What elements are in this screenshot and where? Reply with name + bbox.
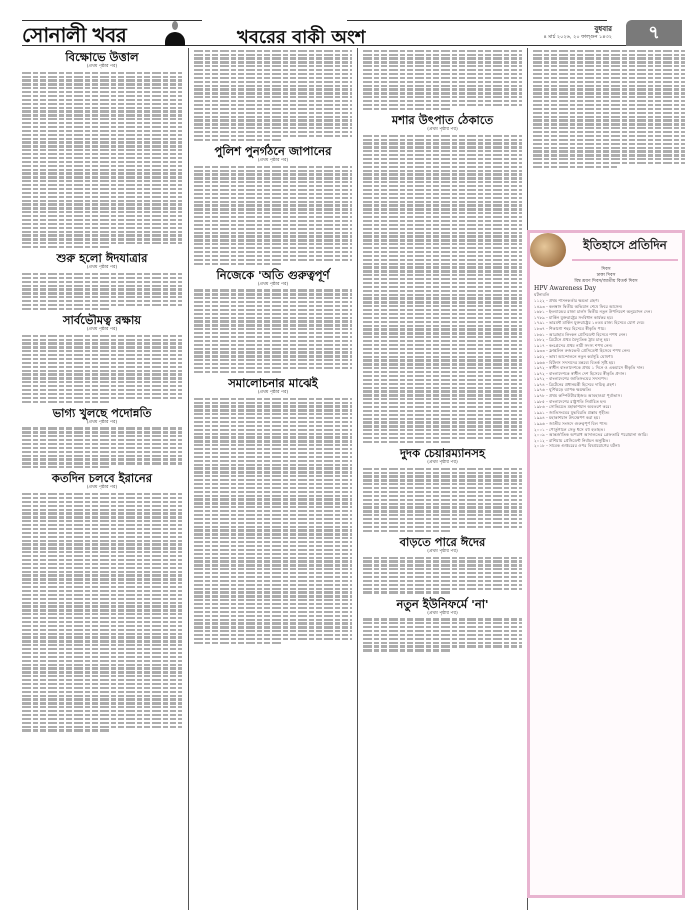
text-line: [22, 594, 182, 596]
text-line: [363, 437, 522, 439]
text-line: [194, 197, 352, 199]
text-line: [22, 227, 182, 229]
text-line: [194, 263, 281, 265]
text-line: [194, 96, 352, 98]
text-line: [194, 619, 352, 621]
text-line: [22, 722, 182, 724]
text-line: [194, 615, 352, 617]
text-line: [533, 135, 685, 137]
text-line: [194, 81, 352, 83]
text-line: [363, 85, 522, 87]
text-line: [363, 177, 522, 179]
text-line: [363, 321, 522, 323]
text-line: [22, 706, 182, 708]
text-line: [22, 602, 182, 604]
text-line: [194, 181, 352, 183]
text-line: [363, 344, 522, 346]
text-line: [533, 104, 685, 106]
text-line: [363, 154, 522, 156]
text-line: [194, 170, 352, 172]
text-line: [194, 622, 352, 624]
text-line: [194, 541, 352, 543]
text-line: [194, 61, 352, 63]
text-line: [194, 309, 352, 311]
text-line: [194, 204, 352, 206]
text-line: [363, 259, 522, 261]
text-line: [363, 352, 522, 354]
text-line: [22, 242, 182, 244]
story-headline[interactable]: নিজেকে 'অতি গুরুত্বপূর্ণ: [194, 268, 352, 282]
text-line: [22, 207, 182, 209]
column-3: মশার উৎপাত ঠেকাতে(প্রথম পৃষ্ঠার পর)দুদক …: [357, 48, 522, 910]
text-line: [22, 180, 182, 182]
text-line: [363, 506, 522, 508]
text-line: [363, 328, 522, 330]
text-line: [194, 402, 352, 404]
text-line: [194, 580, 352, 582]
text-line: [22, 621, 182, 623]
text-line: [363, 518, 522, 520]
text-line: [22, 640, 182, 642]
text-line: [363, 50, 522, 52]
text-line: [194, 355, 352, 357]
text-line: [22, 397, 182, 399]
text-line: [22, 718, 182, 720]
text-line: [22, 246, 110, 248]
text-line: [22, 370, 182, 372]
text-line: [194, 139, 281, 141]
text-line: [363, 216, 522, 218]
text-line: [22, 215, 182, 217]
text-line: [194, 642, 281, 644]
history-events: ১১২২ - প্রথম শাসনকর্তার ক্ষমতা গ্রহণ।১৪৯…: [534, 298, 678, 449]
text-line: [533, 158, 685, 160]
text-line: [22, 91, 182, 93]
text-line: [363, 499, 522, 501]
continued-from: (প্রথম পৃষ্ঠার পর): [22, 327, 182, 333]
text-line: [363, 313, 522, 315]
text-line: [194, 398, 352, 400]
text-line: [363, 336, 522, 338]
text-line: [194, 289, 352, 291]
text-line: [194, 100, 352, 102]
text-line: [22, 292, 182, 294]
text-line: [22, 458, 182, 460]
text-line: [22, 598, 182, 600]
text-line: [22, 350, 182, 352]
text-line: [363, 92, 522, 94]
text-line: [363, 232, 522, 234]
continued-from: (প্রথম পৃষ্ঠার পর): [363, 127, 522, 133]
text-line: [194, 429, 352, 431]
text-line: [194, 584, 352, 586]
text-line: [194, 324, 352, 326]
text-line: [22, 122, 182, 124]
text-line: [194, 351, 352, 353]
text-line: [194, 123, 352, 125]
text-line: [194, 638, 352, 640]
story-headline[interactable]: সার্বভৌমত্ব রক্ষায়: [22, 313, 182, 327]
text-line: [363, 375, 522, 377]
text-line: [194, 228, 352, 230]
text-line: [363, 468, 522, 470]
text-line: [533, 65, 685, 67]
text-line: [194, 85, 352, 87]
story-headline[interactable]: বাড়তে পারে ঈদের: [363, 535, 522, 549]
text-line: [22, 184, 182, 186]
text-line: [194, 560, 352, 562]
text-line: [533, 57, 685, 59]
text-line: [194, 557, 352, 559]
text-line: [22, 625, 182, 627]
text-line: [22, 188, 182, 190]
text-line: [22, 389, 182, 391]
text-line: [22, 401, 110, 403]
text-line: [363, 251, 522, 253]
text-line: [22, 203, 182, 205]
text-line: [22, 512, 182, 514]
text-line: [194, 189, 352, 191]
text-line: [22, 234, 182, 236]
text-line: [194, 591, 352, 593]
text-line: [194, 483, 352, 485]
text-line: [194, 448, 352, 450]
text-line: [363, 526, 522, 528]
text-line: [363, 158, 522, 160]
column-2: পুলিশ পুনর্গঠনে জাপানের(প্রথম পৃষ্ঠার পর…: [188, 48, 352, 910]
text-line: [363, 387, 522, 389]
text-line: [194, 166, 352, 168]
text-line: [363, 383, 522, 385]
text-line: [22, 211, 182, 213]
text-line: [363, 247, 522, 249]
story-body: [533, 50, 685, 168]
continued-from: (প্রথম পৃষ্ঠার পর): [363, 611, 522, 617]
text-line: [22, 366, 182, 368]
text-line: [194, 116, 352, 118]
text-line: [194, 425, 352, 427]
text-line: [363, 181, 522, 183]
text-line: [22, 288, 182, 290]
text-line: [363, 224, 522, 226]
story-headline[interactable]: পুলিশ পুনর্গঠনে জাপানের: [194, 144, 352, 158]
text-line: [22, 563, 182, 565]
text-line: [363, 406, 522, 408]
text-line: [22, 571, 182, 573]
text-line: [22, 169, 182, 171]
news-story: বিক্ষোভে উত্তাল(প্রথম পৃষ্ঠার পর): [22, 50, 182, 248]
text-line: [22, 95, 182, 97]
text-line: [194, 464, 352, 466]
text-line: [194, 112, 352, 114]
text-line: [533, 123, 685, 125]
story-body: [194, 398, 352, 644]
text-line: [363, 57, 522, 59]
story-headline[interactable]: শুরু হলো ঈদযাত্রার: [22, 251, 182, 265]
story-body: [363, 135, 522, 443]
text-line: [533, 127, 685, 129]
text-line: [22, 466, 110, 468]
text-line: [194, 201, 352, 203]
text-line: [22, 586, 182, 588]
text-line: [363, 414, 522, 416]
text-line: [363, 503, 522, 505]
text-line: [22, 656, 182, 658]
text-line: [194, 104, 352, 106]
text-line: [363, 54, 522, 56]
text-line: [22, 455, 182, 457]
text-line: [22, 559, 182, 561]
continued-from: (প্রথম পৃষ্ঠার পর): [363, 460, 522, 466]
text-line: [22, 393, 182, 395]
story-headline[interactable]: বিক্ষোভে উত্তাল: [22, 50, 182, 64]
text-line: [22, 633, 182, 635]
text-line: [363, 332, 522, 334]
text-line: [363, 584, 522, 586]
text-line: [22, 671, 182, 673]
text-line: [363, 286, 522, 288]
history-intro: দিবস ঢাকা দিবস বিশ্ব শ্রবণ দিবস/জাতীয় ব…: [534, 267, 678, 284]
story-body: [363, 557, 522, 594]
masthead: সোনালী খবর খবরের বাকী অংশ বুধবার ৪ মার্চ…: [22, 20, 682, 46]
text-line: [194, 456, 352, 458]
text-line: [363, 135, 522, 137]
text-line: [22, 149, 182, 151]
text-line: [22, 172, 182, 174]
story-body: [22, 72, 182, 249]
text-line: [22, 103, 182, 105]
text-line: [194, 77, 352, 79]
story-body: [22, 493, 182, 732]
text-line: [194, 549, 352, 551]
text-line: [533, 96, 685, 98]
text-line: [363, 263, 522, 265]
text-line: [194, 576, 352, 578]
text-line: [22, 609, 182, 611]
text-line: [363, 645, 522, 647]
text-line: [22, 691, 182, 693]
story-body: [363, 468, 522, 532]
story-headline[interactable]: মশার উৎপাত ঠেকাতে: [363, 113, 522, 127]
text-line: [363, 475, 522, 477]
story-headline[interactable]: নতুন ইউনিফর্মে 'না': [363, 597, 522, 611]
text-line: [22, 83, 182, 85]
text-line: [363, 588, 522, 590]
text-line: [363, 367, 522, 369]
text-line: [363, 356, 522, 358]
text-line: [22, 493, 182, 495]
text-line: [363, 104, 522, 106]
text-line: [363, 572, 522, 574]
text-line: [22, 605, 182, 607]
text-line: [194, 611, 352, 613]
continued-from: (প্রথম পৃষ্ঠার পর): [22, 485, 182, 491]
text-line: [363, 69, 522, 71]
text-line: [194, 599, 352, 601]
news-story: সমালোচনার মাঝেই(প্রথম পৃষ্ঠার পর): [194, 376, 352, 644]
history-event: ২০১৮ - সাবেক গুপ্তচরের ওপর বিষপ্রয়োগের …: [534, 443, 678, 449]
news-story: বাড়তে পারে ঈদের(প্রথম পৃষ্ঠার পর): [363, 535, 522, 594]
text-line: [194, 208, 352, 210]
news-story: [363, 50, 522, 110]
text-line: [194, 50, 352, 52]
text-line: [363, 201, 522, 203]
text-line: [363, 309, 522, 311]
text-line: [194, 564, 352, 566]
text-line: [363, 479, 522, 481]
text-line: [363, 425, 522, 427]
text-line: [194, 471, 352, 473]
continued-from: (প্রথম পৃষ্ঠার পর): [22, 265, 182, 271]
text-line: [22, 462, 182, 464]
text-line: [194, 54, 352, 56]
text-line: [22, 516, 182, 518]
story-headline[interactable]: দুদক চেয়ারম্যানসহ: [363, 446, 522, 460]
text-line: [194, 57, 352, 59]
text-line: [194, 363, 352, 365]
story-headline[interactable]: কতদিন চলবে ইরানের: [22, 471, 182, 485]
text-line: [363, 433, 522, 435]
text-line: [194, 212, 352, 214]
text-line: [194, 119, 352, 121]
text-line: [363, 410, 522, 412]
text-line: [363, 150, 522, 152]
text-line: [363, 294, 522, 296]
hpv-day: HPV Awareness Day: [534, 285, 678, 292]
text-line: [533, 162, 685, 164]
text-line: [22, 165, 182, 167]
text-line: [194, 232, 352, 234]
text-line: [363, 290, 522, 292]
text-line: [363, 139, 522, 141]
text-line: [22, 157, 182, 159]
text-line: [22, 540, 182, 542]
text-line: [194, 588, 352, 590]
text-line: [194, 533, 352, 535]
text-line: [22, 443, 182, 445]
news-story: [533, 50, 685, 168]
text-line: [194, 297, 352, 299]
person-icon: [163, 20, 187, 46]
text-line: [363, 429, 522, 431]
text-line: [533, 77, 685, 79]
text-line: [363, 166, 522, 168]
text-line: [22, 528, 182, 530]
news-story: শুরু হলো ঈদযাত্রার(প্রথম পৃষ্ঠার পর): [22, 251, 182, 310]
text-line: [194, 603, 352, 605]
text-line: [22, 729, 110, 731]
text-line: [363, 340, 522, 342]
text-line: [22, 126, 182, 128]
text-line: [22, 87, 182, 89]
text-line: [533, 131, 685, 133]
text-line: [22, 629, 182, 631]
text-line: [194, 413, 352, 415]
text-line: [363, 100, 522, 102]
text-line: [22, 141, 182, 143]
text-line: [363, 495, 522, 497]
text-line: [22, 648, 182, 650]
text-line: [363, 274, 522, 276]
text-line: [363, 96, 522, 98]
text-line: [194, 88, 352, 90]
text-line: [363, 634, 522, 636]
text-line: [194, 69, 352, 71]
text-line: [22, 76, 182, 78]
text-line: [194, 259, 352, 261]
text-line: [363, 235, 522, 237]
text-line: [533, 116, 685, 118]
issue-date: ৪ মার্চ ২০২৬, ২০ ফাল্গুন ১৪৩২: [544, 34, 612, 42]
text-line: [22, 698, 182, 700]
text-line: [363, 642, 522, 644]
history-box: ইতিহাসে প্রতিদিন দিবস ঢাকা দিবস বিশ্ব শ্…: [527, 230, 685, 898]
page-number: ৭: [626, 20, 682, 46]
text-line: [194, 467, 352, 469]
text-line: [363, 591, 450, 593]
story-headline[interactable]: সমালোচনার মাঝেই: [194, 376, 352, 390]
text-line: [22, 543, 182, 545]
text-line: [363, 228, 522, 230]
text-line: [194, 537, 352, 539]
text-line: [194, 328, 352, 330]
text-line: [194, 220, 352, 222]
text-line: [22, 702, 182, 704]
text-line: [22, 714, 182, 716]
books-image: [530, 233, 566, 267]
text-line: [194, 553, 352, 555]
text-line: [22, 346, 182, 348]
text-line: [533, 139, 685, 141]
news-story: নিজেকে 'অতি গুরুত্বপূর্ণ(প্রথম পৃষ্ঠার প…: [194, 268, 352, 373]
text-line: [22, 675, 182, 677]
text-line: [363, 398, 522, 400]
text-line: [194, 73, 352, 75]
text-line: [194, 92, 352, 94]
text-line: [363, 379, 522, 381]
text-line: [363, 142, 522, 144]
text-line: [363, 348, 522, 350]
story-headline[interactable]: ভাগ্য খুলছে পদোন্নতি: [22, 406, 182, 420]
text-line: [194, 444, 352, 446]
news-story: পুলিশ পুনর্গঠনে জাপানের(প্রথম পৃষ্ঠার পর…: [194, 144, 352, 265]
text-line: [363, 510, 522, 512]
text-line: [22, 300, 182, 302]
text-line: [533, 119, 685, 121]
text-line: [363, 61, 522, 63]
text-line: [363, 301, 522, 303]
text-line: [22, 710, 182, 712]
text-line: [363, 204, 522, 206]
text-line: [22, 536, 182, 538]
news-story: দুদক চেয়ারম্যানসহ(প্রথম পৃষ্ঠার পর): [363, 446, 522, 532]
news-story: নতুন ইউনিফর্মে 'না'(প্রথম পৃষ্ঠার পর): [363, 597, 522, 652]
text-line: [22, 219, 182, 221]
text-line: [194, 135, 352, 137]
text-line: [194, 313, 352, 315]
text-line: [363, 618, 522, 620]
text-line: [363, 270, 522, 272]
text-line: [194, 405, 352, 407]
text-line: [194, 545, 352, 547]
text-line: [194, 235, 352, 237]
text-line: [533, 61, 685, 63]
text-line: [194, 305, 352, 307]
text-line: [194, 409, 352, 411]
text-line: [363, 530, 450, 532]
text-line: [22, 281, 182, 283]
story-body: [363, 618, 522, 651]
